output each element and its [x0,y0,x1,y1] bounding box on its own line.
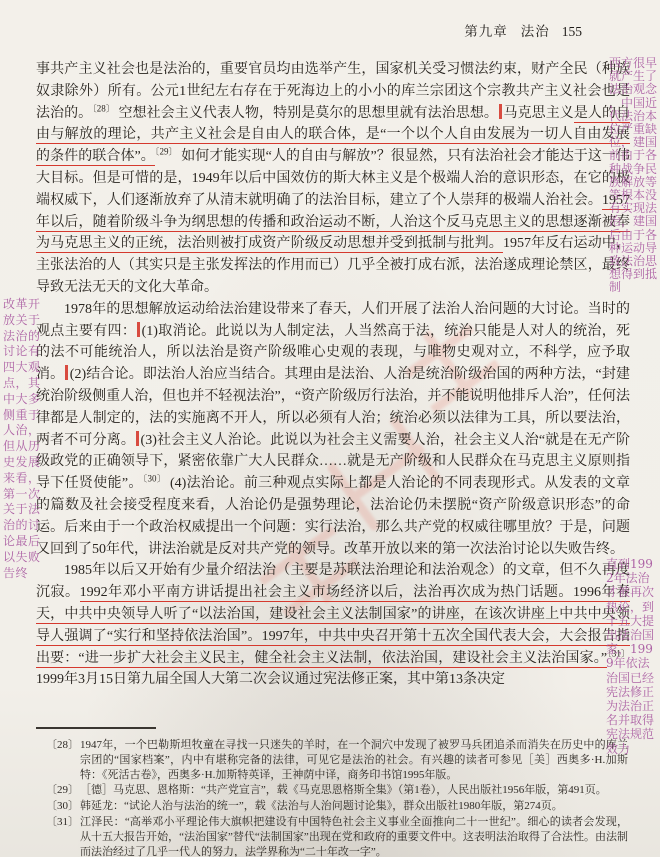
red-divider-mark [136,431,139,446]
footnote-label: 〔31〕 [46,815,80,857]
footnote-row: 〔31〕江泽民：“高举邓小平理论伟大旗帜把建设有中国特色社会主义事业全面推向二十… [46,815,628,857]
footnote-label: 〔29〕 [46,783,80,798]
paragraph: 1978年的思想解放运动给法治建设带来了春天，人们开展了法治人治问题的大讨论。当… [36,299,630,561]
footnote-text: 江泽民：“高举邓小平理论伟大旗帜把建设有中国特色社会主义事业全面推向二十一世纪”… [80,815,628,857]
paragraph: 事共产主义社会也是法治的，重要官员均由选举产生，国家机关受习惯法约束，财产全民（… [36,59,630,299]
footnote-label: 〔30〕 [46,799,80,814]
footnote-text: 1947年，一个巴勒斯坦牧童在寻找一只迷失的羊时，在一个洞穴中发现了被罗马兵团追… [80,738,628,782]
footnote-separator-rule [36,727,156,729]
footnotes: 〔28〕1947年，一个巴勒斯坦牧童在寻找一只迷失的羊时，在一个洞穴中发现了被罗… [46,738,628,857]
footnote-row: 〔28〕1947年，一个巴勒斯坦牧童在寻找一只迷失的羊时，在一个洞穴中发现了被罗… [46,738,628,782]
page-number: 155 [562,24,582,39]
chapter-title: 法治 [521,24,550,39]
footnote-ref: 〔28〕 [92,103,115,113]
red-divider-mark [137,322,140,337]
text-segment: 1999年3月15日第九届全国人大第二次会议通过宪法修正案，其中第13条决定 [36,672,505,687]
footnote-row: 〔29〕［德］马克思、恩格斯：“共产党宣言”，载《马克思恩格斯全集》（第1卷），… [46,783,628,798]
handwritten-margin-note-left: 改革开放关于法治的讨论有四大观点，其中大多侧重于人治，但从历史发展来看，第一次关… [3,297,42,581]
footnote-text: ［德］马克思、恩格斯：“共产党宣言”，载《马克思恩格斯全集》（第1卷），人民出版… [80,783,628,798]
footnote-label: 〔28〕 [46,738,80,782]
footnote-ref: 〔29〕 [155,147,178,157]
handwritten-margin-note-right-top: 西方很早就产生了法治观念，中国近代法治本位严重缺位，建国前由于各种战争民族解放等… [609,57,659,295]
paragraph: 1985年以后又开始有少量介绍法治（主要是苏联法治理论和法治观念）的文章，但不久… [36,560,630,691]
main-text: 事共产主义社会也是法治的，重要官员均由选举产生，国家机关受习惯法约束，财产全民（… [36,59,630,691]
footnote-text: 韩延龙：“试论人治与法治的统一”，载《法治与人治问题讨论集》，群众出版社1980… [80,799,628,814]
book-page: 第九章法治155 事共产主义社会也是法治的，重要官员均由选举产生，国家机关受习惯… [0,0,660,857]
red-divider-mark [499,104,502,119]
text-segment: 空想社会主义代表人物，特别是莫尔的思想里就有法治思想。 [115,106,498,121]
text-segment: 马克思主义 [504,106,574,121]
red-divider-mark [65,365,68,380]
handwritten-margin-note-right-bottom: 直到1992年法治才被再次热论，到十五大提出法治国家，1999年依法治国已经宪法… [606,557,658,756]
page-header: 第九章法治155 [464,20,582,40]
chapter-label: 第九章 [464,24,508,39]
footnote-row: 〔30〕韩延龙：“试论人治与法治的统一”，载《法治与人治问题讨论集》，群众出版社… [46,799,628,814]
footnote-ref: 〔30〕 [143,473,166,483]
